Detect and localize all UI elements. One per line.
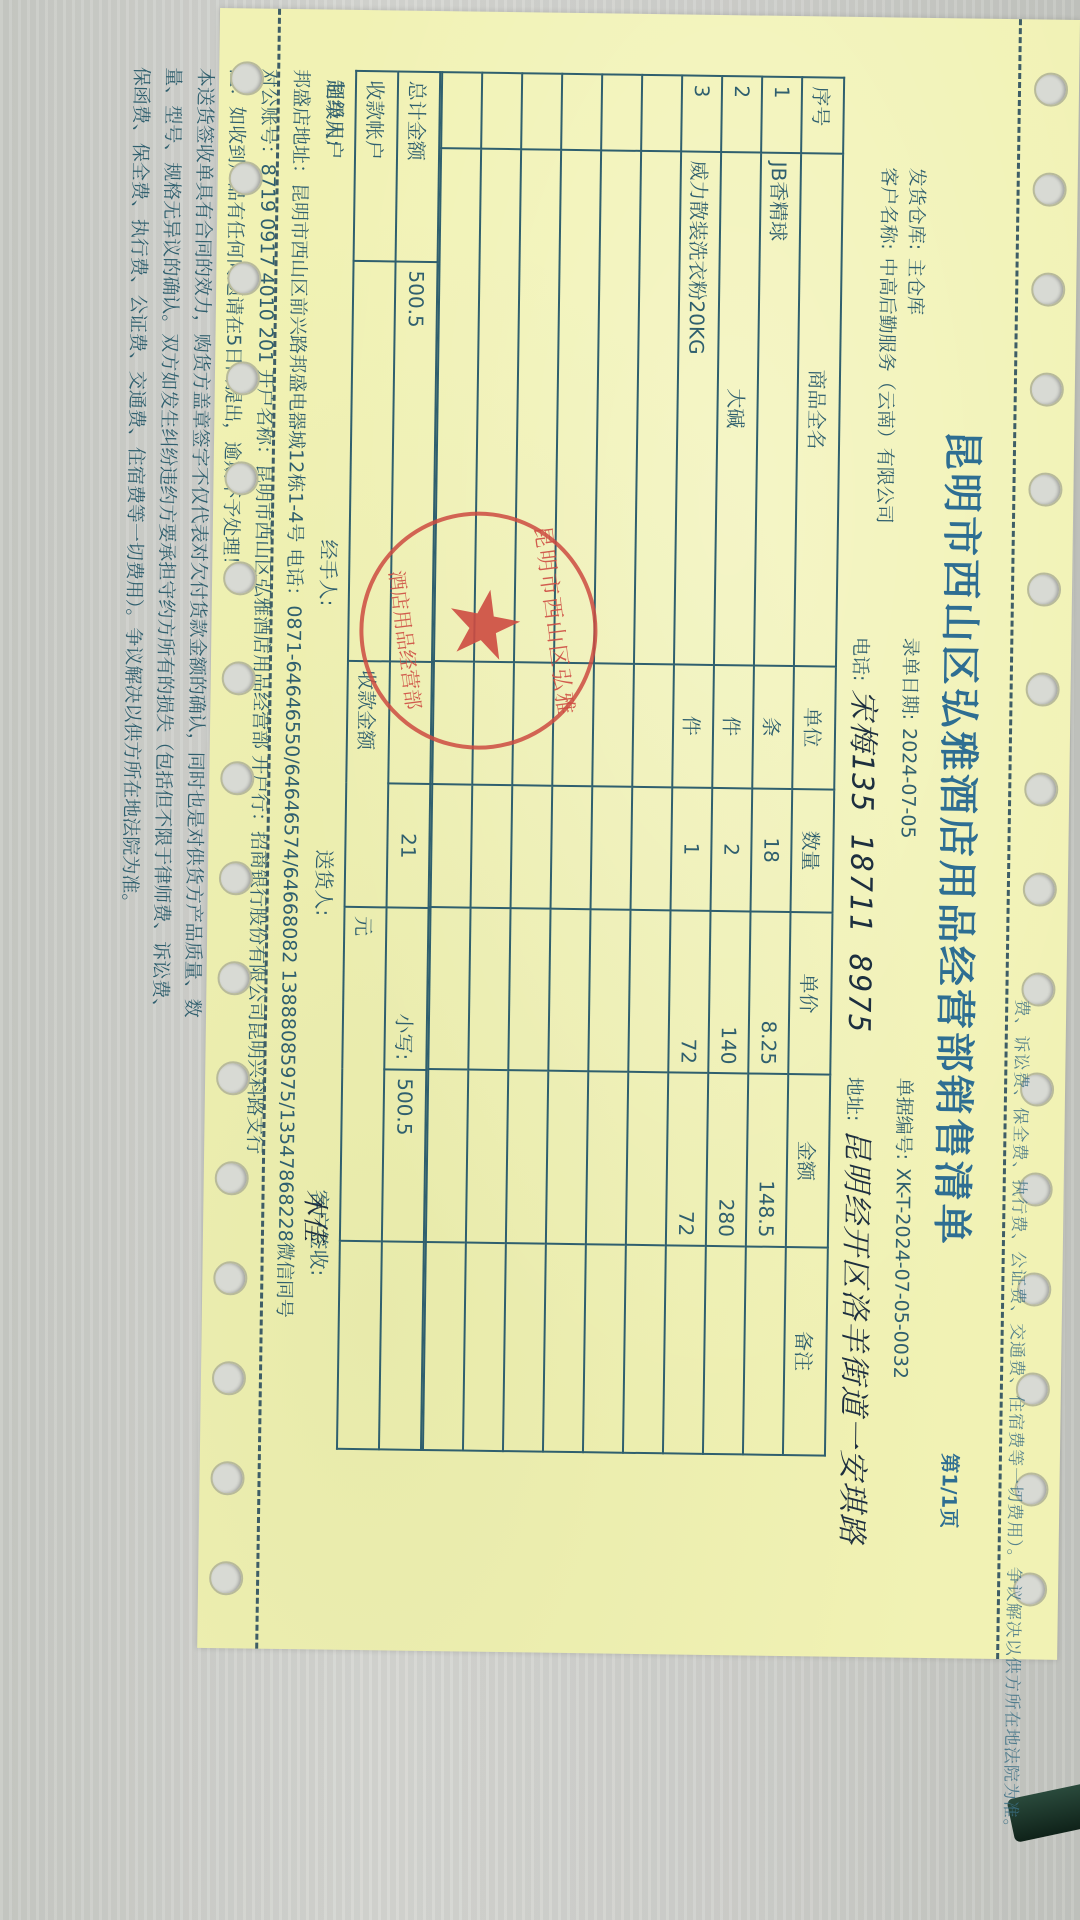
stamp-bottom-text: 酒店用品经营部 bbox=[381, 554, 431, 726]
total-qty: 21 bbox=[387, 784, 431, 908]
warehouse-field: 发货仓库:主仓库 bbox=[903, 168, 932, 316]
sales-receipt: 费、诉讼费、保全费、执行费、公证费、交通费、住宿费等一切费用）。争议解决以供方所… bbox=[197, 8, 1080, 1660]
subtotal-label: 小写: bbox=[384, 907, 428, 1069]
receipt-content: 昆明市西山区弘雅酒店用品经营部销售清单 第1/1页 发货仓库:主仓库 录单日期:… bbox=[278, 69, 999, 1599]
col-header-unit: 单位 bbox=[792, 666, 836, 790]
doc-number-field: 单据编号:XK-T-2024-07-05-0032 bbox=[888, 1077, 919, 1379]
items-table: 序号 商品全名 单位 数量 单价 金额 备注 1 JB香精球 bbox=[422, 71, 845, 1457]
address-handwritten: 昆明经开区洛羊街道一安琪路 bbox=[834, 1129, 875, 1545]
phone-field: 电话:宋梅135 18711 8975 bbox=[840, 637, 890, 1035]
col-header-no: 序号 bbox=[801, 77, 844, 153]
currency-unit: 元 bbox=[340, 907, 387, 1242]
deliverer-field: 送货人: bbox=[310, 849, 340, 916]
col-header-price: 单价 bbox=[788, 912, 832, 1075]
table-area: 序号 商品全名 单位 数量 单价 金额 备注 1 JB香精球 bbox=[334, 70, 845, 1597]
page-indicator: 第1/1页 bbox=[936, 1453, 966, 1529]
account-label: 收款帐户 bbox=[354, 71, 399, 261]
col-header-name: 商品全名 bbox=[794, 153, 843, 666]
total-label: 总计金额 bbox=[396, 71, 441, 261]
document-wrapper: 费、诉讼费、保全费、执行费、公证费、交通费、住宿费等一切费用）。争议解决以供方所… bbox=[80, 20, 1080, 1680]
phone-handwritten: 宋梅135 18711 8975 bbox=[841, 689, 881, 1034]
document-title: 昆明市西山区弘雅酒店用品经营部销售清单 bbox=[928, 430, 985, 1248]
customer-field: 客户名称:中高后勤服务（云南）有限公司 bbox=[872, 167, 900, 587]
col-header-qty: 数量 bbox=[791, 789, 835, 913]
customer-signature: 木佳 bbox=[298, 1189, 336, 1242]
address-field: 地址:昆明经开区洛羊街道一安琪路 bbox=[833, 1077, 884, 1546]
subtotal-value: 500.5 bbox=[382, 1069, 426, 1242]
stamp-star-icon: ★ bbox=[434, 579, 536, 672]
col-header-note: 备注 bbox=[783, 1247, 828, 1456]
col-header-amount: 金额 bbox=[786, 1074, 830, 1247]
entry-date-field: 录单日期:2024-07-05 bbox=[896, 638, 926, 839]
handler-field: 经手人: bbox=[315, 539, 345, 606]
